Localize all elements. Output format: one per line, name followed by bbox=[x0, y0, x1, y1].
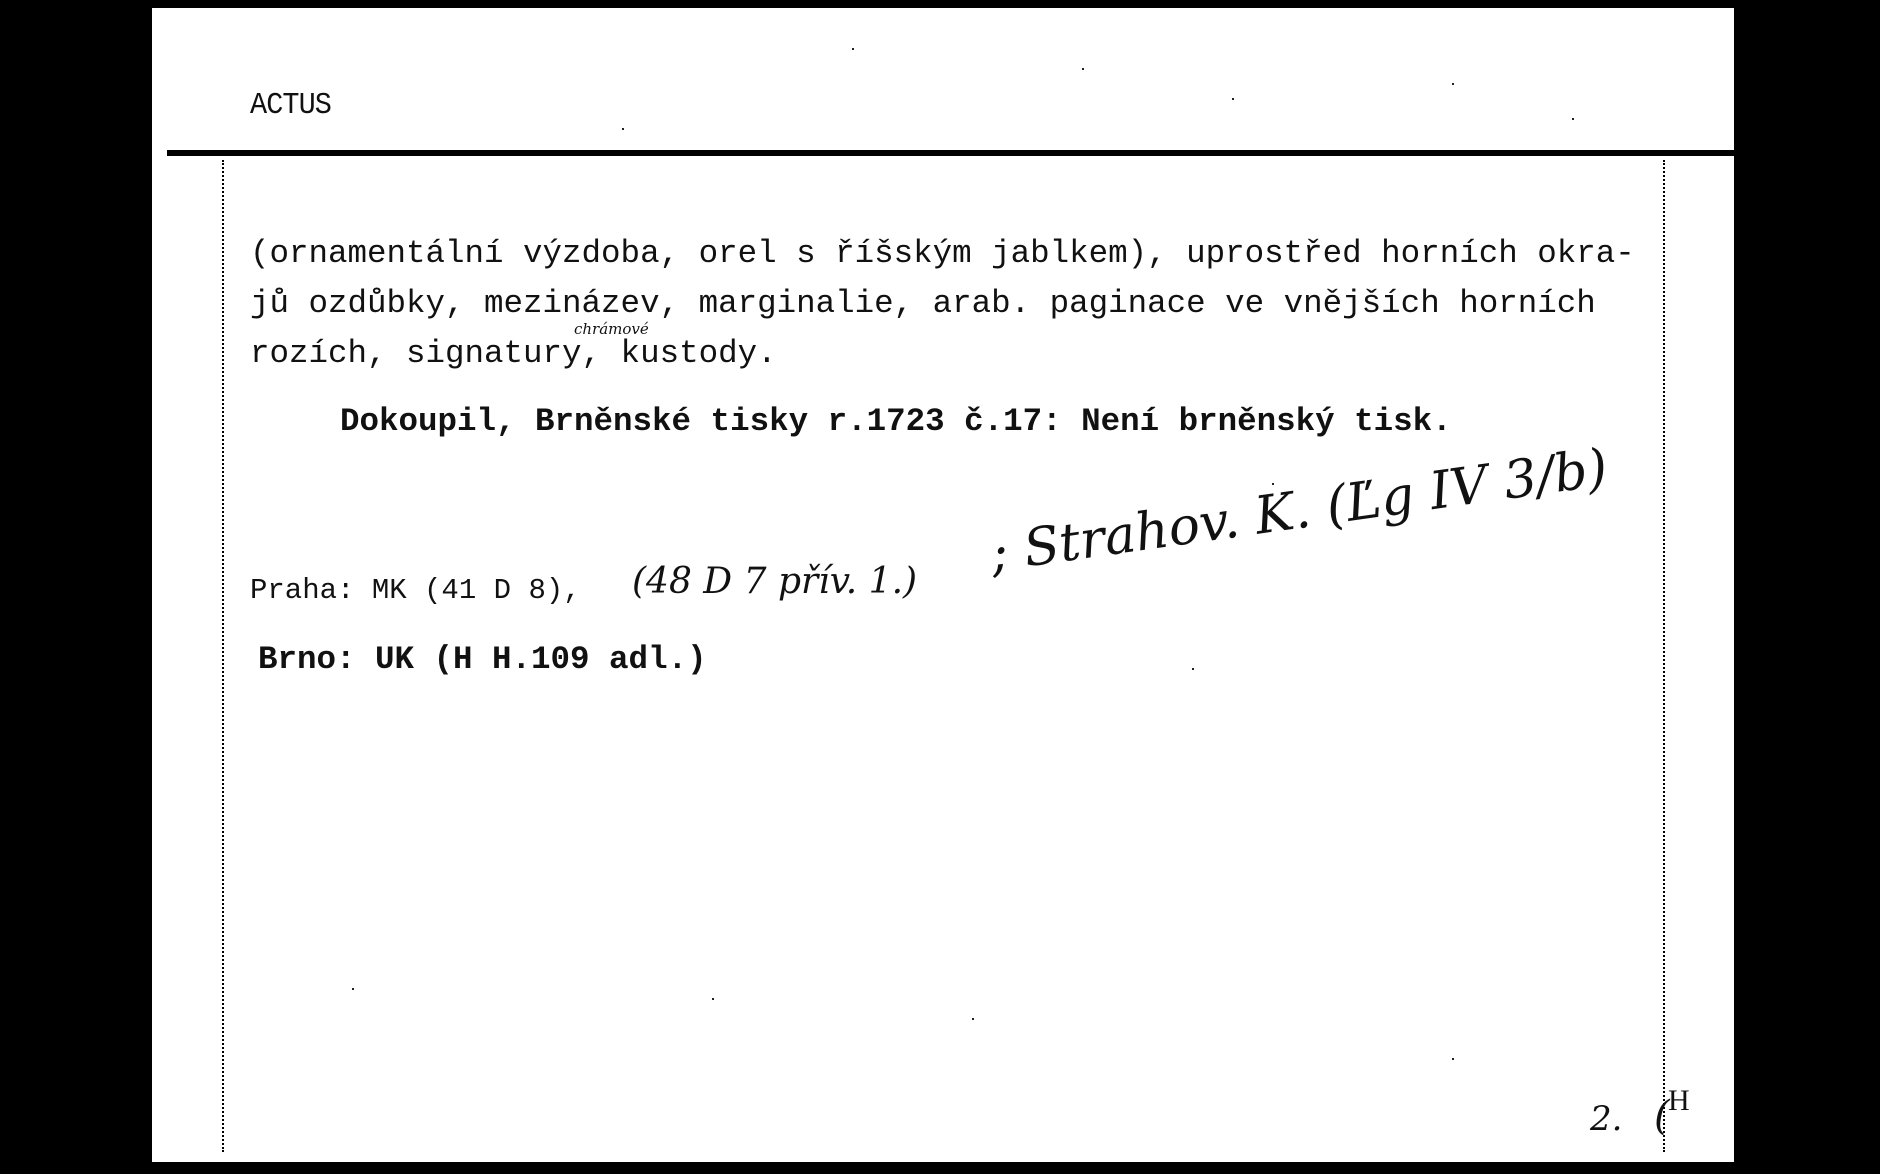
scan-speck bbox=[1572, 118, 1574, 120]
scan-speck bbox=[1192, 668, 1194, 670]
scan-speck bbox=[852, 48, 854, 50]
catalog-card: ACTUS (ornamentální výzdoba, orel s říšs… bbox=[152, 8, 1734, 1162]
scan-speck bbox=[1082, 68, 1084, 70]
scan-speck bbox=[1452, 1058, 1454, 1060]
scan-speck bbox=[1272, 483, 1274, 485]
holding-praha-typed: Praha: MK (41 D 8), bbox=[250, 576, 581, 605]
scan-speck bbox=[1232, 98, 1234, 100]
scan-speck bbox=[352, 988, 354, 990]
bibliographic-reference: Dokoupil, Brněnské tisky r.1723 č.17: Ne… bbox=[340, 406, 1452, 439]
handwritten-insert: chrámové bbox=[574, 320, 649, 338]
scan-speck bbox=[712, 998, 714, 1000]
scan-speck bbox=[1452, 83, 1454, 85]
left-margin-line bbox=[222, 160, 224, 1152]
description-line-2: jů ozdůbky, mezinázev, marginalie, arab.… bbox=[250, 288, 1596, 321]
corner-letter: H bbox=[1668, 1084, 1690, 1118]
corner-handwritten-number: 2. bbox=[1590, 1102, 1622, 1136]
card-heading: ACTUS bbox=[250, 88, 331, 123]
holding-praha-handwritten-2: ; Strahov. K. (Ľg IV 3/b) bbox=[987, 442, 1611, 580]
right-margin-line bbox=[1663, 160, 1665, 1152]
header-divider bbox=[167, 150, 1734, 156]
holding-brno: Brno: UK (H H.109 adl.) bbox=[258, 644, 707, 677]
holding-praha-handwritten-1: (48 D 7 přív. 1.) bbox=[632, 564, 917, 600]
description-line-1: (ornamentální výzdoba, orel s říšským ja… bbox=[250, 238, 1635, 271]
scan-speck bbox=[972, 1018, 974, 1020]
description-line-3: rozích, signatury, kustody. bbox=[250, 338, 777, 371]
scan-speck bbox=[622, 128, 624, 130]
